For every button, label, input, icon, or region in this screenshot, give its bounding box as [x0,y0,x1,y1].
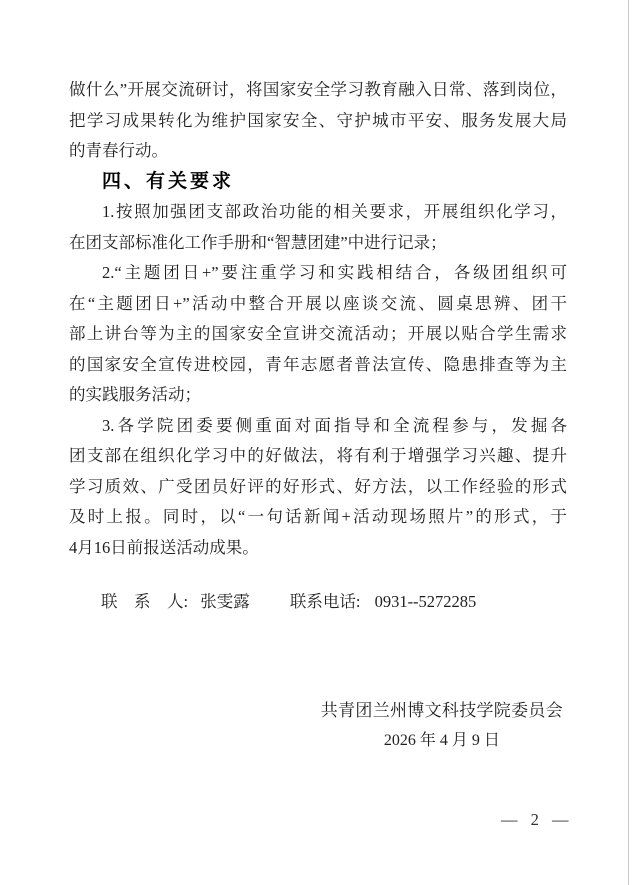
signature-organization: 共青团兰州博文科技学院委员会 [321,696,563,727]
contact-phone-number: 0931--5272285 [375,592,477,611]
page-edge-line [628,0,629,885]
paragraph: 2.“主题团日+”要注重学习和实践相结合，各级团组织可在“主题团日+”活动中整合… [69,258,567,411]
text-line: 四、有关要求 [69,167,567,198]
text-line: 3.各学院团委要侧重面对面指导和全流程参与，发掘各 [69,411,567,442]
text-line: 2.“主题团日+”要注重学习和实践相结合，各级团组织可 [69,258,567,289]
text-line: 做什么”开展交流研讨，将国家安全学习教育融入日常、落到岗位， [69,75,567,106]
text-line: 学习质效、广受团员好评的好形式、好方法，以工作经验的形式 [69,472,567,503]
contact-person-name: 张雯露 [200,592,250,611]
paragraph: 做什么”开展交流研讨，将国家安全学习教育融入日常、落到岗位，把学习成果转化为维护… [69,75,567,167]
document-body: 做什么”开展交流研讨，将国家安全学习教育融入日常、落到岗位，把学习成果转化为维护… [69,75,567,757]
section-heading: 四、有关要求 [69,167,567,198]
text-line: 团支部在组织化学习中的好做法，将有利于增强学习兴趣、提升 [69,441,567,472]
contact-phone-label: 联系电话: [290,592,361,611]
paragraph: 1.按照加强团支部政治功能的相关要求，开展组织化学习，在团支部标准化工作手册和“… [69,197,567,258]
contact-line: 联 系 人: 张雯露 联系电话: 0931--5272285 [69,587,567,618]
text-line: 的实践服务活动； [69,380,567,411]
text-line: 1.按照加强团支部政治功能的相关要求，开展组织化学习， [69,197,567,228]
text-line: 在“主题团日+”活动中整合开展以座谈交流、圆桌思辨、团干 [69,289,567,320]
document-paragraphs: 做什么”开展交流研讨，将国家安全学习教育融入日常、落到岗位，把学习成果转化为维护… [69,75,567,563]
text-line: 在团支部标准化工作手册和“智慧团建”中进行记录； [69,228,567,259]
text-line: 部上讲台等为主的国家安全宣讲交流活动；开展以贴合学生需求 [69,319,567,350]
paragraph: 3.各学院团委要侧重面对面指导和全流程参与，发掘各团支部在组织化学习中的好做法，… [69,411,567,564]
text-line: 及时上报。同时，以“一句话新闻+活动现场照片”的形式，于 [69,502,567,533]
signature-block: 共青团兰州博文科技学院委员会 2026 年 4 月 9 日 [321,696,563,757]
page-number: — 2 — [501,810,569,830]
text-line: 4月16日前报送活动成果。 [69,533,567,564]
document-page: 做什么”开展交流研讨，将国家安全学习教育融入日常、落到岗位，把学习成果转化为维护… [0,0,634,885]
signature-date: 2026 年 4 月 9 日 [321,726,563,757]
signature-area: 共青团兰州博文科技学院委员会 2026 年 4 月 9 日 [69,696,567,757]
contact-person-label: 联 系 人: [101,592,188,611]
text-line: 把学习成果转化为维护国家安全、守护城市平安、服务发展大局 [69,106,567,137]
text-line: 的国家安全宣传进校园，青年志愿者普法宣传、隐患排查等为主 [69,350,567,381]
text-line: 的青春行动。 [69,136,567,167]
